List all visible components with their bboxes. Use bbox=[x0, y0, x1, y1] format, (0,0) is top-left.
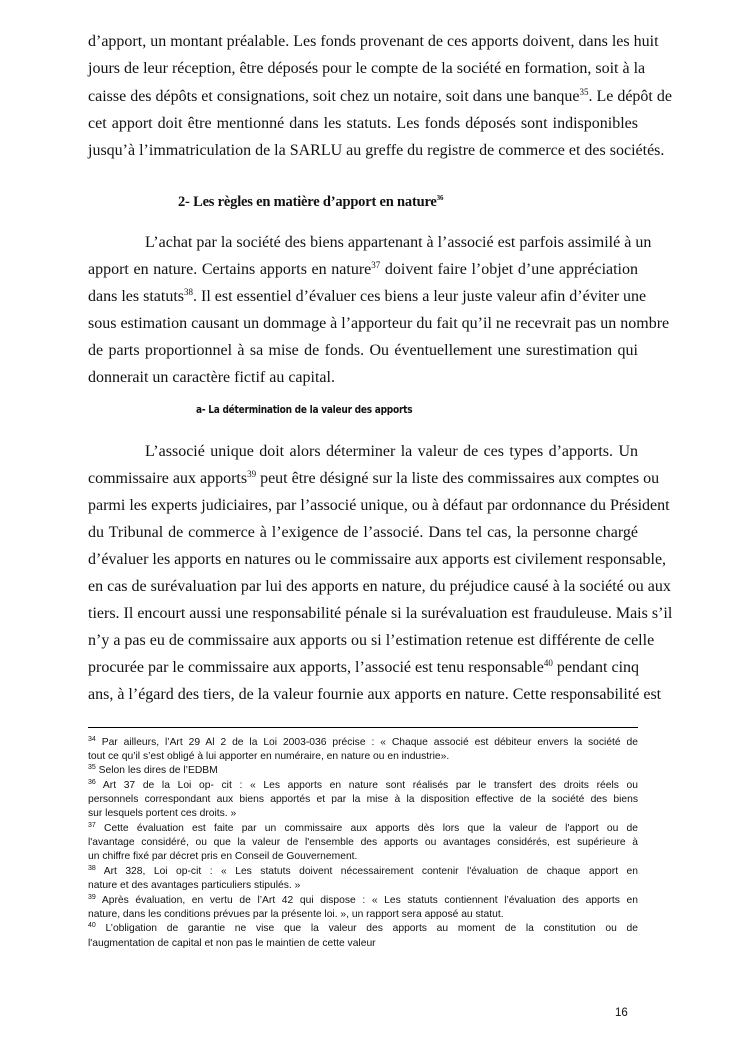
body-line: L’associé unique doit alors déterminer l… bbox=[145, 443, 638, 461]
body-line: commissaire aux apports39 peut être dési… bbox=[88, 470, 638, 488]
footnote-40: 40 L’obligation de garantie ne vise que … bbox=[88, 922, 638, 935]
footnote-36-cont: personnels correspondant aux biens appor… bbox=[88, 793, 638, 806]
body-line: dans les statuts38. Il est essentiel d’é… bbox=[88, 288, 638, 306]
footnote-34: 34 Par ailleurs, l’Art 29 Al 2 de la Loi… bbox=[88, 736, 638, 749]
footnote-separator bbox=[88, 727, 638, 728]
page-number: 16 bbox=[615, 1007, 628, 1019]
body-line: sous estimation causant un dommage à l’a… bbox=[88, 315, 638, 333]
footnote-36: 36 Art 37 de la Loi op- cit : « Les appo… bbox=[88, 779, 638, 792]
body-line: donnerait un caractère fictif au capital… bbox=[88, 369, 638, 387]
body-line: tiers. Il encourt aussi une responsabili… bbox=[88, 605, 638, 623]
body-line: jours de leur réception, être déposés po… bbox=[88, 60, 638, 78]
footnote-37: 37 Cette évaluation est faite par un com… bbox=[88, 822, 638, 835]
footnote-37-cont: l'avantage considéré, ou que la valeur d… bbox=[88, 836, 638, 849]
footnote-38: 38 Art 328, Loi op-cit : « Les statuts d… bbox=[88, 865, 638, 878]
section-heading: 2- Les règles en matière d’apport en nat… bbox=[178, 194, 443, 211]
subsection-heading: a- La détermination de la valeur des app… bbox=[196, 403, 412, 416]
body-line: d’évaluer les apports en natures ou le c… bbox=[88, 551, 638, 569]
footnote-35: 35 Selon les dires de l’EDBM bbox=[88, 764, 638, 777]
footnote-40-cont: l'augmentation de capital et non pas le … bbox=[88, 937, 638, 950]
body-line: caisse des dépôts et consignations, soit… bbox=[88, 88, 638, 106]
body-line: en cas de surévaluation par lui des appo… bbox=[88, 578, 638, 596]
body-line: n’y a pas eu de commissaire aux apports … bbox=[88, 632, 638, 650]
body-line: du Tribunal de commerce à l’exigence de … bbox=[88, 524, 638, 542]
footnote-39-cont: nature, dans les conditions prévues par … bbox=[88, 908, 638, 921]
body-line: parmi les experts judiciaires, par l’ass… bbox=[88, 497, 638, 515]
body-line: de parts proportionnel à sa mise de fond… bbox=[88, 342, 638, 360]
body-line: jusqu’à l’immatriculation de la SARLU au… bbox=[88, 142, 638, 160]
document-page: d’apport, un montant préalable. Les fond… bbox=[0, 0, 744, 1053]
body-line: procurée par le commissaire aux apports,… bbox=[88, 659, 638, 677]
body-line: apport en nature. Certains apports en na… bbox=[88, 261, 638, 279]
body-line: cet apport doit être mentionné dans les … bbox=[88, 115, 638, 133]
footnote-39: 39 Après évaluation, en vertu de l’Art 4… bbox=[88, 894, 638, 907]
footnote-ref[interactable]: 38 bbox=[184, 287, 193, 297]
body-line: ans, à l’égard des tiers, de la valeur f… bbox=[88, 686, 638, 704]
footnote-ref[interactable]: 37 bbox=[371, 260, 380, 270]
footnote-36-cont: sur lesquels portent ces droits. » bbox=[88, 807, 638, 820]
footnote-ref[interactable]: 40 bbox=[544, 658, 553, 668]
footnote-ref[interactable]: 36 bbox=[437, 194, 444, 202]
footnote-37-cont: un chiffre fixé par décret pris en Conse… bbox=[88, 850, 638, 863]
footnote-ref[interactable]: 39 bbox=[247, 469, 256, 479]
footnote-38-cont: nature et des avantages particuliers sti… bbox=[88, 879, 638, 892]
footnote-34-cont: tout ce qu’il s’est obligé à lui apporte… bbox=[88, 750, 638, 763]
body-line: L’achat par la société des biens apparte… bbox=[145, 234, 638, 252]
body-line: d’apport, un montant préalable. Les fond… bbox=[88, 33, 638, 51]
